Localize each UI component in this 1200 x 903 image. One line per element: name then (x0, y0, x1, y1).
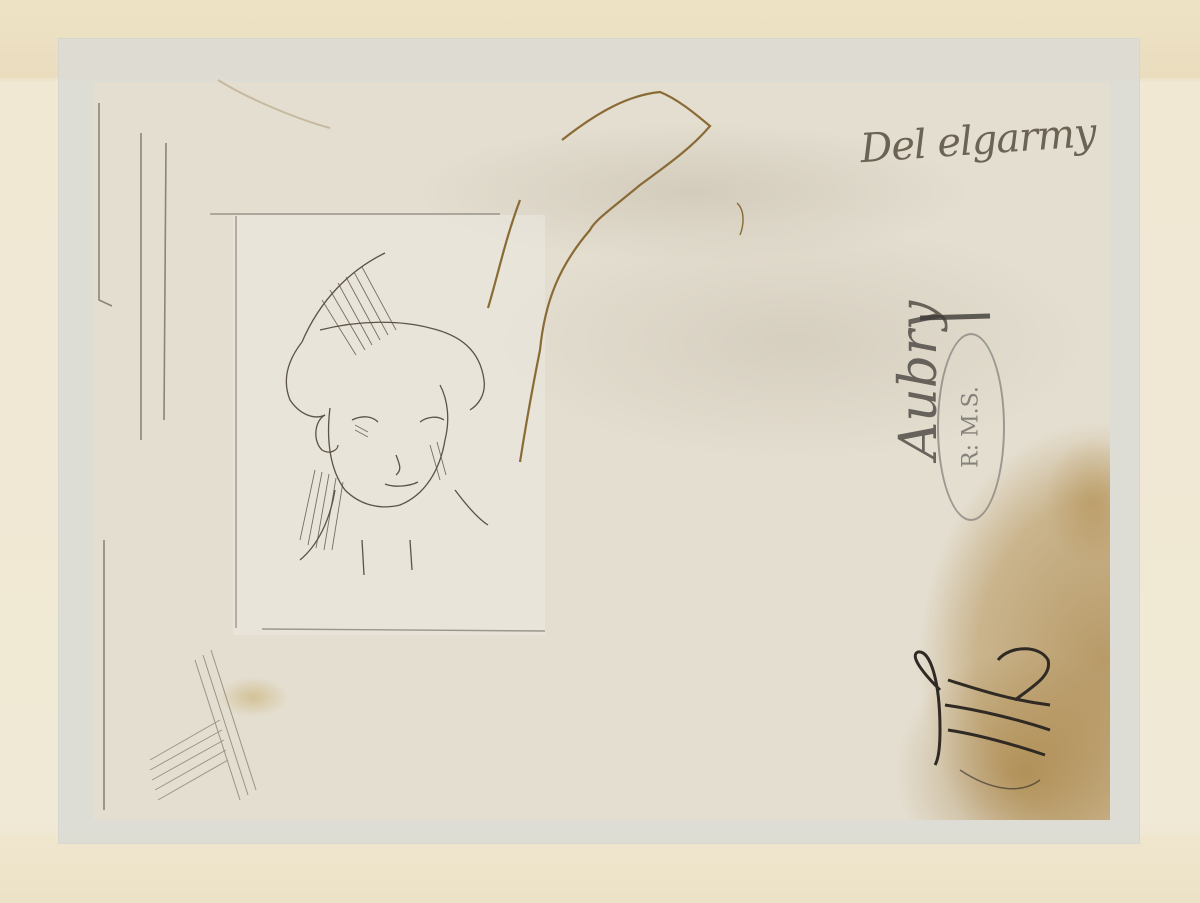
ruled-margin-lines (99, 103, 166, 810)
collector-stamp-text: R: M.S. (959, 386, 984, 468)
sepia-gesture-lines (488, 92, 743, 462)
sketch-frame-lines (210, 214, 545, 631)
collector-stamp: R: M.S. (937, 333, 1005, 521)
faint-curve (218, 80, 330, 128)
head-sketch (286, 253, 488, 575)
lower-left-hatching (150, 650, 256, 800)
monogram-icon (915, 649, 1050, 789)
hatching (300, 267, 446, 550)
